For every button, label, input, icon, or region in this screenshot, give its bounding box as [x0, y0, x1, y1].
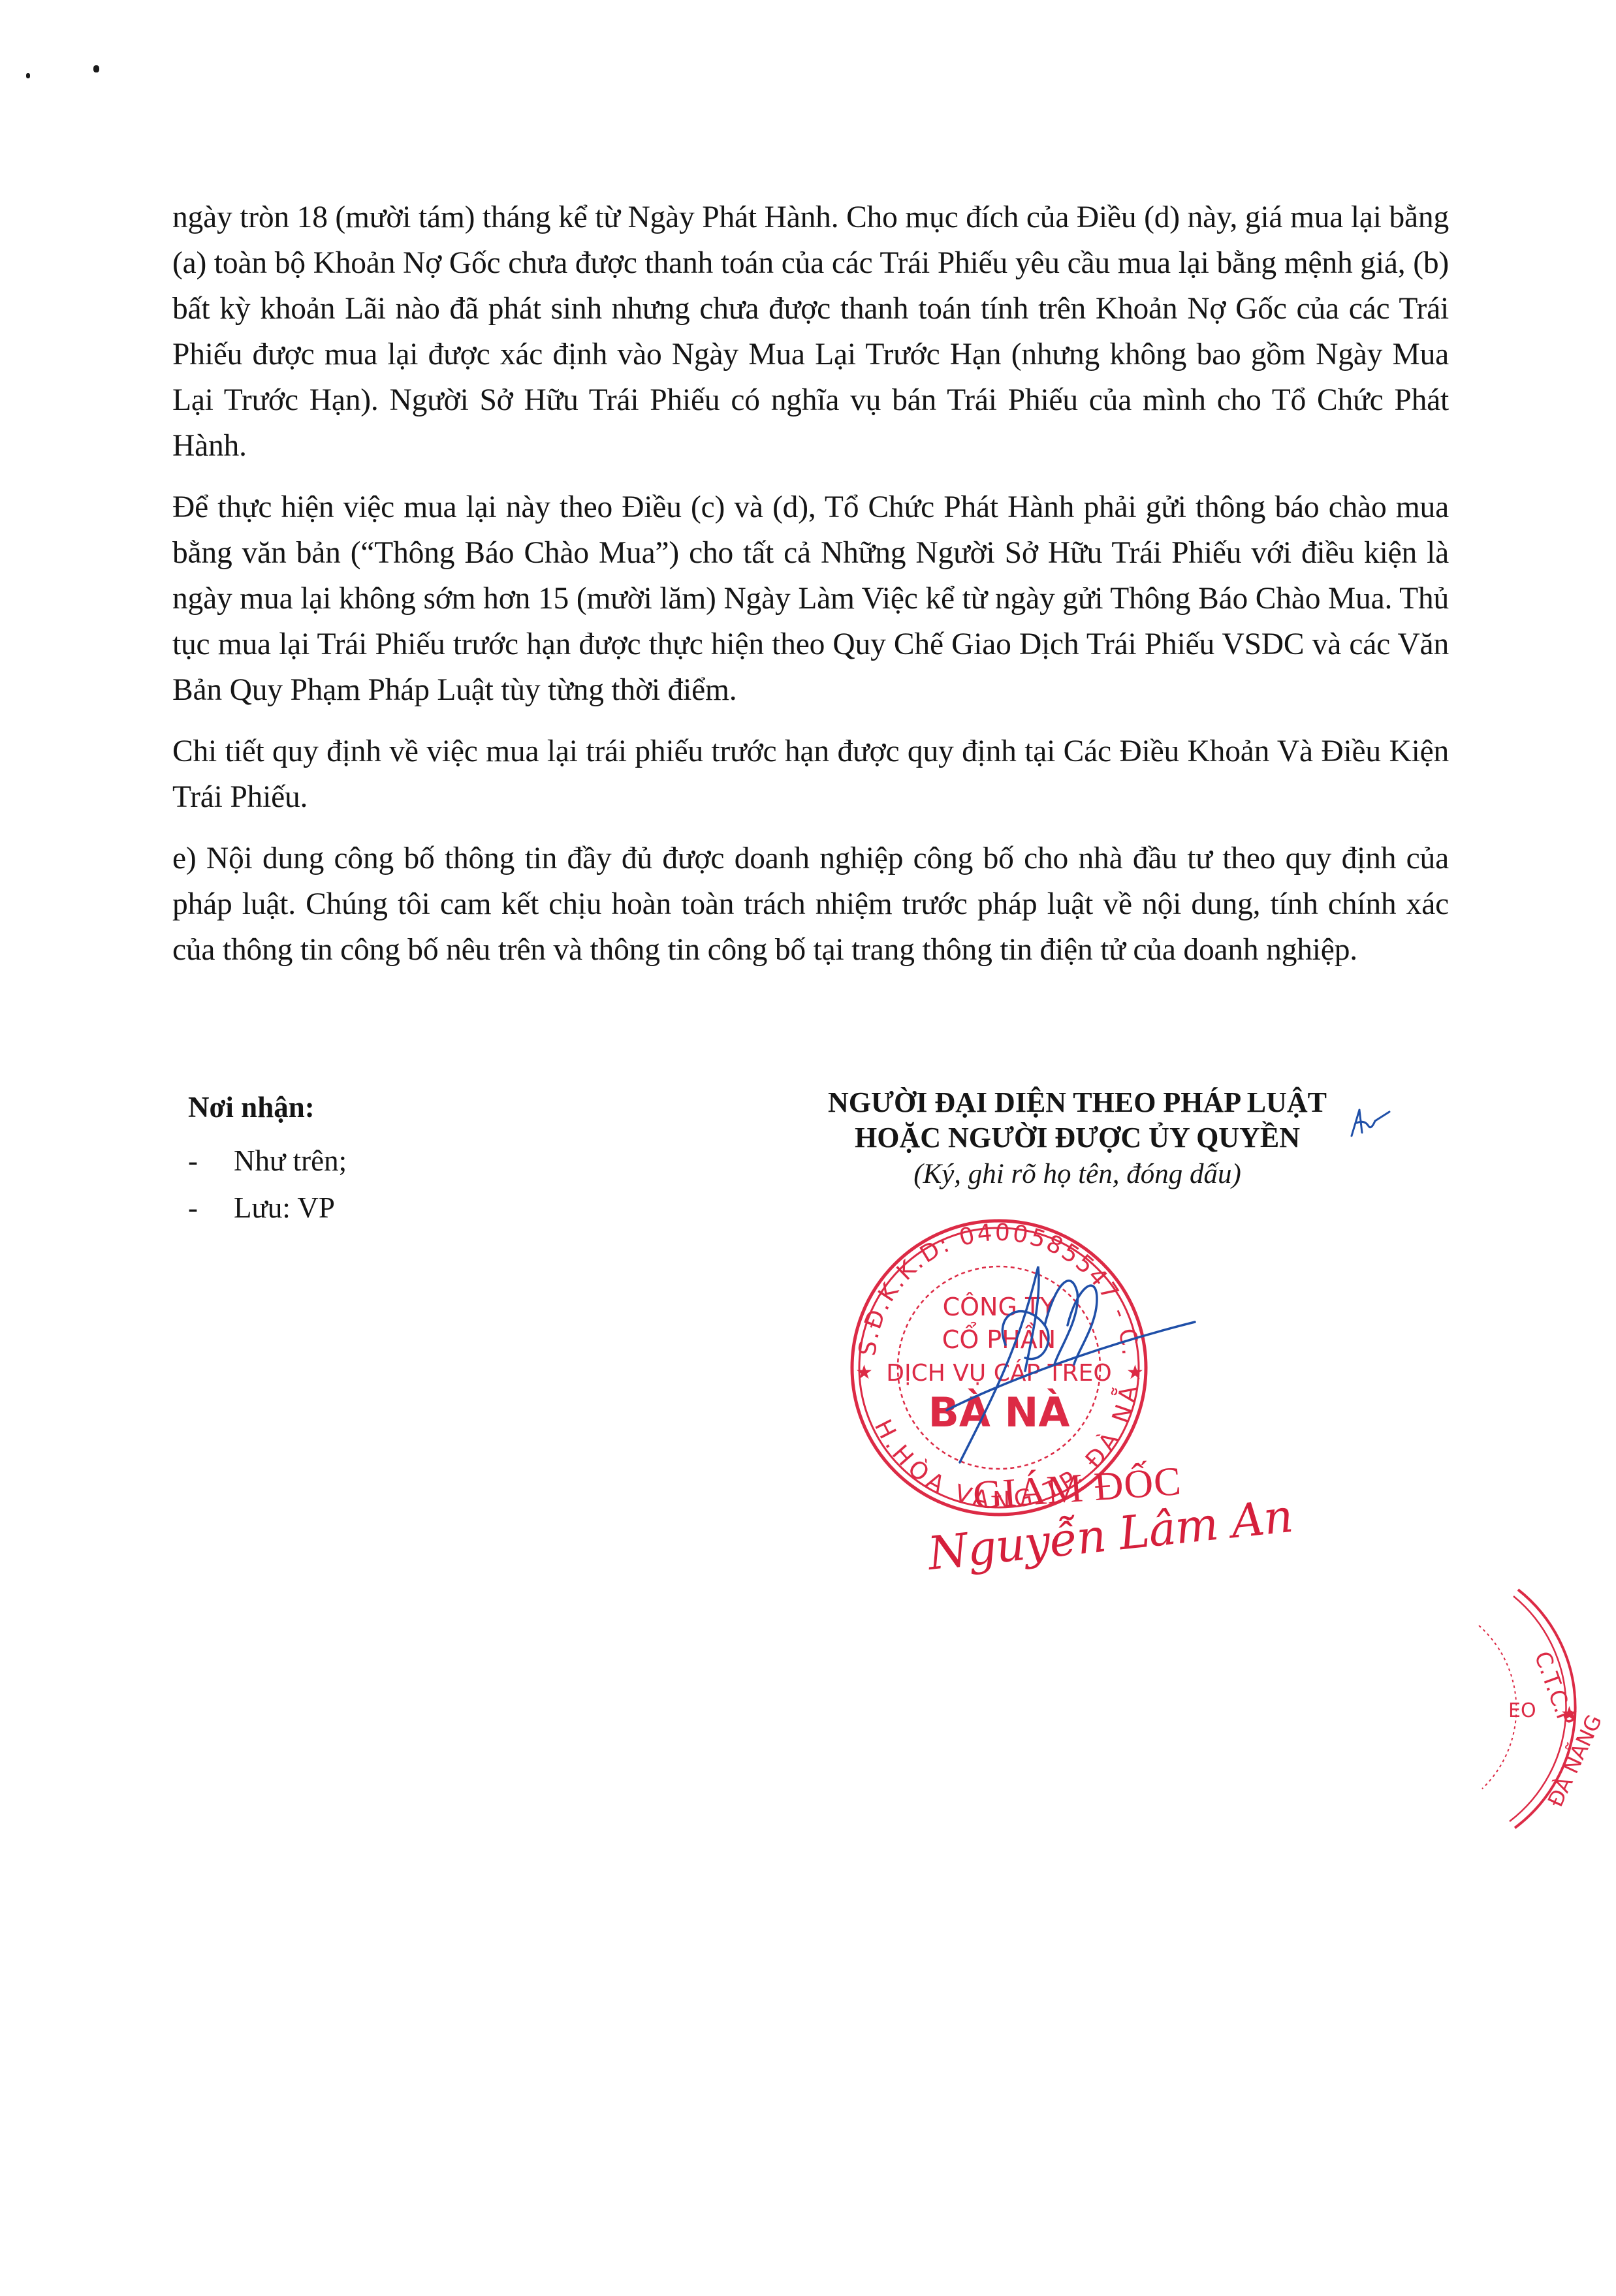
recipient-item: - Như trên;: [188, 1137, 347, 1184]
svg-text:★: ★: [1126, 1361, 1144, 1384]
paragraph-redemption-price: ngày tròn 18 (mười tám) tháng kể từ Ngày…: [172, 195, 1449, 469]
list-dash: -: [188, 1184, 234, 1231]
paragraph-disclosure-commitment: e) Nội dung công bố thông tin đầy đủ đượ…: [172, 836, 1449, 973]
list-dash: -: [188, 1137, 234, 1184]
stamp-line-brand: BÀ NÀ: [928, 1389, 1070, 1436]
document-body: ngày tròn 18 (mười tám) tháng kể từ Ngày…: [172, 195, 1449, 973]
edge-seal-fragment-icon: C.T.C.P ★ EO ĐÀ NẴNG: [1469, 1567, 1616, 1841]
recipient-label: Lưu: VP: [234, 1184, 335, 1231]
recipient-label: Như trên;: [234, 1137, 347, 1184]
signer-title-line1: NGƯỜI ĐẠI DIỆN THEO PHÁP LUẬT: [751, 1085, 1404, 1120]
paragraph-terms-reference: Chi tiết quy định về việc mua lại trái p…: [172, 729, 1449, 820]
signer-note: (Ký, ghi rõ họ tên, đóng dấu): [751, 1157, 1404, 1192]
stamp-line-joint-stock: CỔ PHẦN: [942, 1323, 1056, 1354]
svg-text:★: ★: [1561, 1703, 1578, 1725]
paragraph-offer-notice: Để thực hiện việc mua lại này theo Điều …: [172, 484, 1449, 713]
signer-title-line2: HOẶC NGƯỜI ĐƯỢC ỦY QUYỀN: [751, 1120, 1404, 1156]
recipients-block: Nơi nhận: - Như trên; - Lưu: VP: [188, 1084, 347, 1231]
recipients-title: Nơi nhận:: [188, 1084, 347, 1131]
signer-block: NGƯỜI ĐẠI DIỆN THEO PHÁP LUẬT HOẶC NGƯỜI…: [751, 1085, 1404, 1192]
edge-stamp-fragment: EO: [1508, 1699, 1536, 1722]
scan-artifact-dot: [26, 73, 30, 78]
scan-artifact-dot: [93, 65, 99, 72]
recipient-item: - Lưu: VP: [188, 1184, 347, 1231]
svg-text:★: ★: [855, 1361, 873, 1384]
initials-mark-icon: [1345, 1107, 1391, 1139]
